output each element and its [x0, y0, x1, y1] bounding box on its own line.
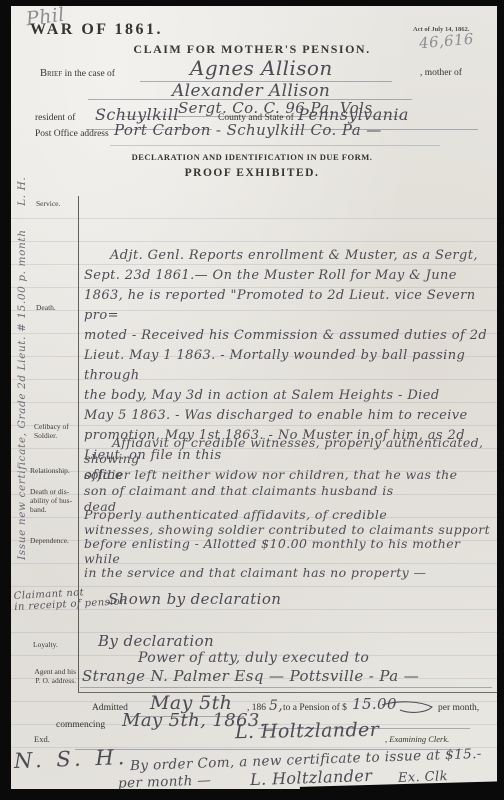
vertical-margin-note: Issue new certificate, Grade 2d Lieut. #…	[16, 128, 28, 560]
box-bottom-rule	[78, 692, 497, 693]
scan-border-top	[0, 0, 504, 6]
margin-label-service: Service.	[36, 199, 60, 208]
dependence-entry: Properly authenticated affidavits, of cr…	[84, 508, 500, 581]
po-value: Port Carbon - Schuylkill Co. Pa —	[114, 121, 382, 139]
resident-label: resident of	[35, 113, 75, 123]
scan-border-right	[497, 0, 504, 800]
margin-vertical-rule	[78, 196, 79, 692]
margin-label-celibacy: Celibacy of Soldier.	[34, 422, 69, 440]
examiner-title: , Examining Clerk.	[385, 734, 449, 744]
war-title: WAR OF 1861.	[30, 21, 163, 39]
margin-label-loyalty: Loyalty.	[33, 640, 58, 649]
commencing-label: commencing	[56, 720, 105, 730]
per-month-label: per month,	[438, 703, 479, 713]
brief-label-word: Brief	[40, 68, 62, 79]
admitted-year-digit: 5,	[269, 698, 283, 714]
reviewer-initials: N. S. H.	[14, 745, 129, 773]
claimant-name-value: Agnes Allison	[190, 56, 333, 80]
margin-label-agent: Agent and his P. O. address.	[28, 667, 76, 685]
field-underline	[110, 145, 440, 146]
scan-border-left	[0, 0, 11, 800]
pension-of-label: to a Pension of $	[283, 703, 347, 713]
proof-heading: PROOF EXHIBITED.	[160, 167, 344, 179]
pension-status-entry: Shown by declaration	[108, 590, 281, 608]
margin-label-exd: Exd.	[34, 734, 50, 744]
margin-label-husband: Death or dis- ability of hus- band.	[30, 487, 72, 514]
claim-number: 46,616	[418, 30, 474, 53]
flourish-line	[380, 699, 436, 717]
margin-label-death: Death.	[36, 303, 56, 312]
power-of-atty-entry: Power of atty, duly executed to	[138, 650, 369, 666]
po-label: Post Office address	[35, 129, 109, 139]
brief-label-rest: in the case of	[62, 69, 115, 79]
examiner-signature: L. Holtzlander	[235, 719, 380, 744]
soldier-name-value: Alexander Allison	[172, 81, 330, 101]
main-title: CLAIM FOR MOTHER'S PENSION.	[127, 42, 377, 57]
mother-of-label: , mother of	[420, 68, 462, 78]
margin-label-dependence: Dependence.	[30, 536, 69, 545]
document-scan: Phil WAR OF 1861. Act of July 14, 1862. …	[0, 0, 504, 800]
margin-label-relationship: Relationship.	[30, 466, 70, 475]
loyalty-entry: By declaration	[98, 632, 214, 650]
celibacy-relationship-entry: Affidavit of credible witnesses, properl…	[84, 435, 496, 515]
declaration-heading: DECLARATION AND IDENTIFICATION IN DUE FO…	[120, 152, 384, 162]
field-underline	[80, 687, 492, 688]
agent-entry: Strange N. Palmer Esq — Pottsville - Pa …	[82, 667, 419, 685]
